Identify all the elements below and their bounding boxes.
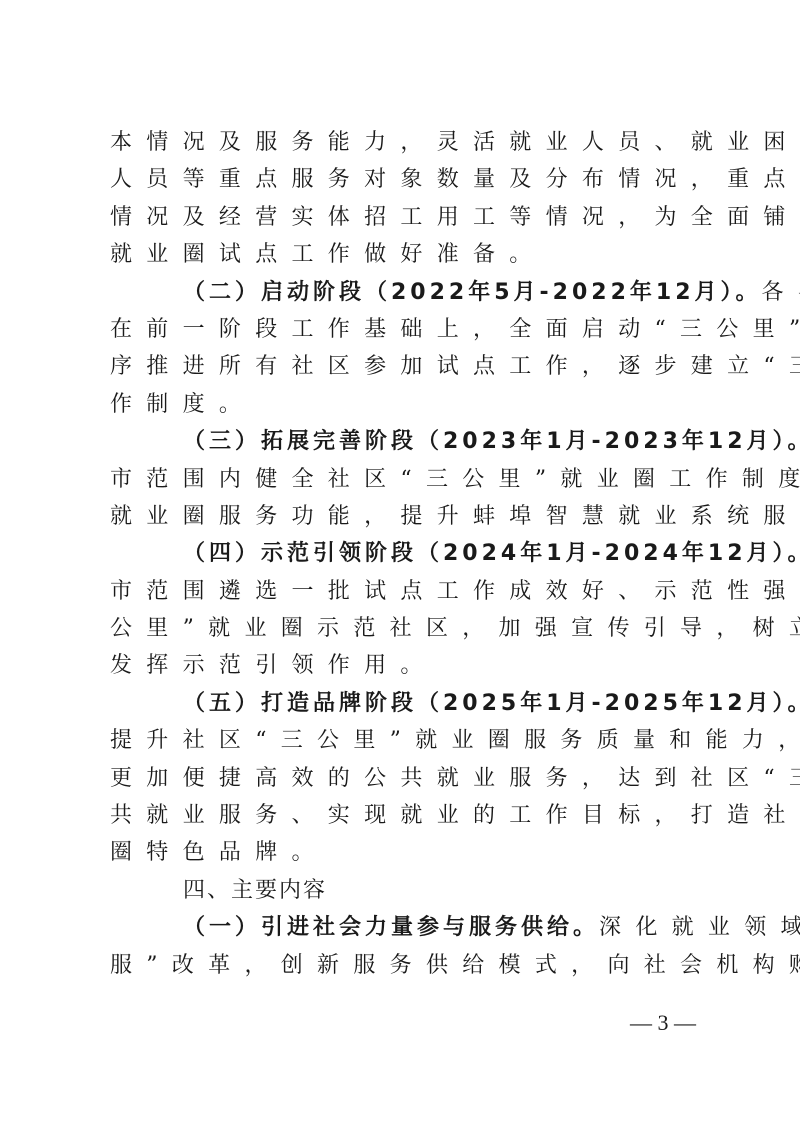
page-number: — 3 — <box>630 1010 696 1036</box>
subsection-heading: （一）引进社会力量参与服务供给。 <box>183 915 599 940</box>
text-line: 提升社区“三公里”就业圈服务质量和能力，为服务对象提供 <box>110 722 700 759</box>
text-line: （一）引进社会力量参与服务供给。深化就业领域“放管 <box>110 909 700 946</box>
stage-heading: （三）拓展完善阶段（2023年1月-2023年12月）。 <box>183 429 800 454</box>
section-heading-main-content: 四、主要内容 <box>110 872 700 909</box>
paragraph-intro-continued: 本情况及服务能力，灵活就业人员、就业困难人员、登记失业 人员等重点服务对象数量及… <box>110 124 700 274</box>
text-line: 情况及经营实体招工用工等情况，为全面铺开社区“三公里” <box>110 199 700 236</box>
text-line: （四）示范引领阶段（2024年1月-2024年12月）。在全 <box>110 535 700 572</box>
text-span: 深化就业领域“放管 <box>599 915 800 940</box>
text-line: 市范围内健全社区“三公里”就业圈工作制度，拓展“三公里” <box>110 461 700 498</box>
stage-heading: （四）示范引领阶段（2024年1月-2024年12月）。 <box>183 541 800 566</box>
text-line: （三）拓展完善阶段（2023年1月-2023年12月）。在全 <box>110 423 700 460</box>
text-line: 服”改革，创新服务供给模式，向社会机构购买公共就业服务。 <box>110 947 700 984</box>
paragraph-stage-5: （五）打造品牌阶段（2025年1月-2025年12月）。巩固 提升社区“三公里”… <box>110 685 700 872</box>
text-line: 共就业服务、实现就业的工作目标，打造社区“三公里”就业 <box>110 797 700 834</box>
stage-heading: （五）打造品牌阶段（2025年1月-2025年12月）。 <box>183 691 800 716</box>
paragraph-stage-4: （四）示范引领阶段（2024年1月-2024年12月）。在全 市范围遴选一批试点… <box>110 535 700 685</box>
text-line: （二）启动阶段（2022年5月-2022年12月）。各县、区 <box>110 274 700 311</box>
paragraph-stage-3: （三）拓展完善阶段（2023年1月-2023年12月）。在全 市范围内健全社区“… <box>110 423 700 535</box>
text-line: 本情况及服务能力，灵活就业人员、就业困难人员、登记失业 <box>110 124 700 161</box>
text-line: 就业圈试点工作做好准备。 <box>110 236 700 273</box>
text-line: 公里”就业圈示范社区，加强宣传引导，树立工作典型，充分 <box>110 610 700 647</box>
text-line: 圈特色品牌。 <box>110 834 700 871</box>
text-line: 作制度。 <box>110 386 700 423</box>
text-line: 就业圈服务功能，提升蚌埠智慧就业系统服务功能。 <box>110 498 700 535</box>
text-line: 在前一阶段工作基础上，全面启动“三公里”就业圈试点，有 <box>110 311 700 348</box>
paragraph-stage-2: （二）启动阶段（2022年5月-2022年12月）。各县、区 在前一阶段工作基础… <box>110 274 700 424</box>
text-line: 更加便捷高效的公共就业服务，达到社区“三公里”内享受公 <box>110 760 700 797</box>
stage-heading: （二）启动阶段（2022年5月-2022年12月）。 <box>183 280 762 305</box>
paragraph-content-1: （一）引进社会力量参与服务供给。深化就业领域“放管 服”改革，创新服务供给模式，… <box>110 909 700 984</box>
text-line: 发挥示范引领作用。 <box>110 647 700 684</box>
text-line: （五）打造品牌阶段（2025年1月-2025年12月）。巩固 <box>110 685 700 722</box>
document-body: 本情况及服务能力，灵活就业人员、就业困难人员、登记失业 人员等重点服务对象数量及… <box>110 124 700 984</box>
text-line: 人员等重点服务对象数量及分布情况，重点服务对象就业创业 <box>110 161 700 198</box>
text-line: 序推进所有社区参加试点工作，逐步建立“三公里”就业圈工 <box>110 348 700 385</box>
text-span: 各县、区 <box>762 280 800 305</box>
document-page: 本情况及服务能力，灵活就业人员、就业困难人员、登记失业 人员等重点服务对象数量及… <box>0 0 800 1131</box>
text-line: 市范围遴选一批试点工作成效好、示范性强的社区，评定“三 <box>110 573 700 610</box>
